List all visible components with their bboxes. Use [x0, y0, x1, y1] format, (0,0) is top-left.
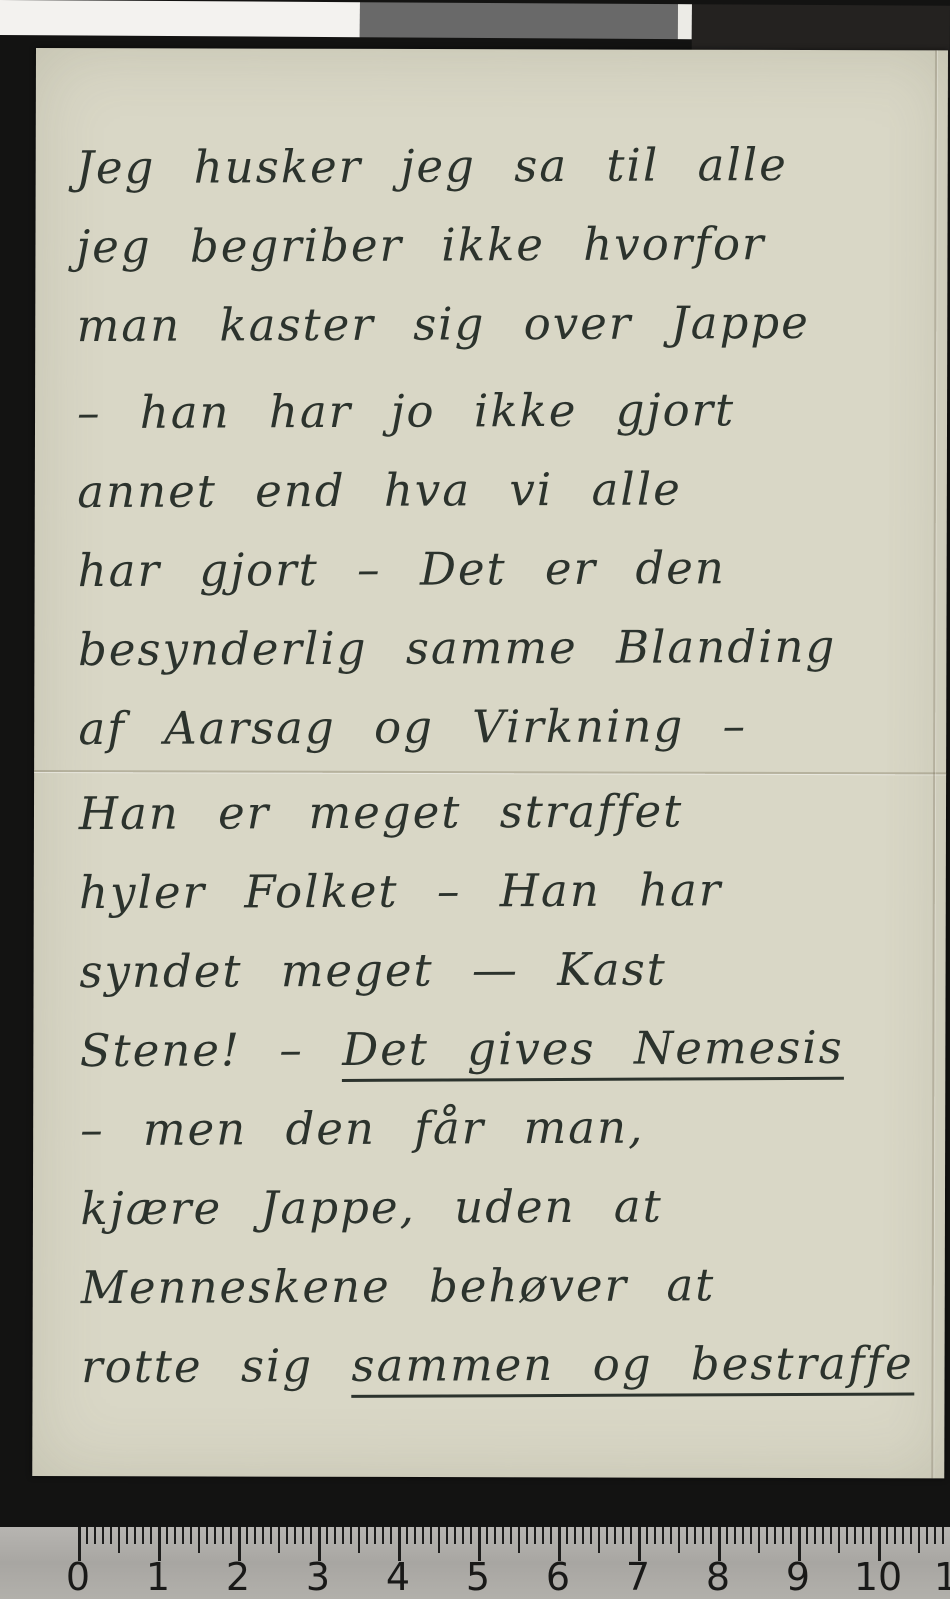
millimeter-tick: [926, 1527, 928, 1544]
handwriting-segment: annet end hva vi alle: [77, 462, 682, 518]
millimeter-tick: [838, 1527, 840, 1553]
millimeter-tick: [806, 1527, 808, 1544]
millimeter-tick: [246, 1527, 248, 1544]
millimeter-tick: [710, 1527, 712, 1544]
millimeter-tick: [310, 1527, 312, 1544]
millimeter-tick: [686, 1527, 688, 1544]
handwriting-segment: rotte sig: [81, 1339, 352, 1393]
millimeter-tick: [910, 1527, 912, 1544]
ruler-number: 8: [706, 1555, 730, 1599]
ruler-number: 4: [386, 1555, 410, 1599]
handwriting-line: – men den får man,: [80, 1090, 942, 1173]
millimeter-tick: [406, 1527, 408, 1544]
handwriting-line: rotte sig sammen og bestraffe: [81, 1327, 943, 1410]
millimeter-tick: [206, 1527, 208, 1544]
millimeter-tick: [438, 1527, 440, 1553]
millimeter-tick: [694, 1527, 696, 1544]
millimeter-tick: [262, 1527, 264, 1544]
calibration-strip: [0, 0, 950, 41]
millimeter-tick: [94, 1527, 96, 1544]
millimeter-tick: [502, 1527, 504, 1544]
handwriting-line: Jeg husker jeg sa til alle: [76, 128, 938, 211]
millimeter-tick: [150, 1527, 152, 1544]
handwriting-segment: hyler Folket – Han har: [79, 863, 722, 919]
handwriting-segment: – men den får man,: [80, 1101, 644, 1156]
millimeter-tick: [526, 1527, 528, 1544]
millimeter-tick: [214, 1527, 216, 1544]
millimeter-tick: [702, 1527, 704, 1544]
ruler-number: 0: [66, 1555, 90, 1599]
millimeter-tick: [190, 1527, 192, 1544]
handwriting-line: Menneskene behøver at: [81, 1248, 943, 1331]
millimeter-tick: [126, 1527, 128, 1544]
millimeter-tick: [470, 1527, 472, 1544]
millimeter-tick: [614, 1527, 616, 1544]
millimeter-tick: [102, 1527, 104, 1544]
millimeter-tick: [566, 1527, 568, 1544]
millimeter-tick: [654, 1527, 656, 1544]
handwritten-text: Jeg husker jeg sa til allejeg begriber i…: [76, 128, 944, 1410]
millimeter-tick: [382, 1527, 384, 1544]
ruler-number: 2: [226, 1555, 250, 1599]
millimeter-tick: [462, 1527, 464, 1544]
millimeter-tick: [486, 1527, 488, 1544]
millimeter-tick: [366, 1527, 368, 1544]
handwriting-line: man kaster sig over Jappe: [76, 286, 938, 369]
millimeter-tick: [574, 1527, 576, 1544]
millimeter-tick: [630, 1527, 632, 1544]
ruler-number: 10: [854, 1555, 902, 1599]
handwriting-segment: Stene! –: [80, 1023, 343, 1077]
millimeter-tick: [518, 1527, 520, 1553]
millimeter-tick: [342, 1527, 344, 1544]
millimeter-tick: [422, 1527, 424, 1544]
handwriting-line: jeg begriber ikke hvorfor: [76, 207, 938, 290]
handwriting-segment: Menneskene behøver at: [81, 1258, 716, 1314]
calibration-patch-white: [0, 0, 360, 37]
millimeter-tick: [854, 1527, 856, 1544]
millimeter-tick: [734, 1527, 736, 1544]
millimeter-tick: [846, 1527, 848, 1544]
millimeter-tick: [414, 1527, 416, 1544]
millimeter-tick: [766, 1527, 768, 1544]
millimeter-tick: [918, 1527, 920, 1553]
millimeter-tick: [582, 1527, 584, 1544]
handwriting-segment: syndet meget — Kast: [79, 943, 667, 999]
underlined-phrase: sammen og bestraffe: [351, 1336, 914, 1397]
calibration-patch-white-sliver: [678, 4, 692, 39]
millimeter-tick: [326, 1527, 328, 1544]
millimeter-tick: [646, 1527, 648, 1544]
handwriting-line: – han har jo ikke gjort: [77, 373, 939, 456]
millimeter-tick: [942, 1527, 944, 1544]
millimeter-tick: [174, 1527, 176, 1544]
calibration-patch-gray: [360, 2, 678, 39]
handwriting-segment: besynderlig samme Blanding: [78, 620, 836, 676]
millimeter-tick: [886, 1527, 888, 1544]
millimeter-tick: [902, 1527, 904, 1544]
ruler: 01234567891011: [0, 1527, 950, 1599]
millimeter-tick: [134, 1527, 136, 1544]
ruler-number: 1: [146, 1555, 170, 1599]
millimeter-tick: [166, 1527, 168, 1544]
millimeter-tick: [350, 1527, 352, 1544]
millimeter-tick: [270, 1527, 272, 1544]
handwriting-segment: har gjort – Det er den: [78, 541, 726, 597]
millimeter-tick: [550, 1527, 552, 1544]
millimeter-tick: [814, 1527, 816, 1544]
millimeter-tick: [534, 1527, 536, 1544]
handwriting-segment: jeg begriber ikke hvorfor: [76, 217, 765, 273]
ruler-number: 3: [306, 1555, 330, 1599]
millimeter-tick: [750, 1527, 752, 1544]
millimeter-tick: [790, 1527, 792, 1544]
millimeter-tick: [862, 1527, 864, 1544]
millimeter-tick: [494, 1527, 496, 1544]
handwriting-line: Stene! – Det gives Nemesis: [80, 1011, 942, 1094]
millimeter-tick: [870, 1527, 872, 1544]
ruler-number: 7: [626, 1555, 650, 1599]
millimeter-tick: [830, 1527, 832, 1544]
millimeter-tick: [230, 1527, 232, 1544]
millimeter-tick: [278, 1527, 280, 1553]
letter-page: Jeg husker jeg sa til allejeg begriber i…: [32, 48, 948, 1478]
handwriting-line: annet end hva vi alle: [77, 452, 939, 535]
millimeter-tick: [334, 1527, 336, 1544]
handwriting-line: Han er meget straffet: [79, 774, 941, 857]
ruler-number: 5: [466, 1555, 490, 1599]
handwriting-segment: man kaster sig over Jappe: [77, 296, 810, 352]
millimeter-tick: [182, 1527, 184, 1544]
millimeter-tick: [294, 1527, 296, 1544]
handwriting-segment: kjære Jappe, uden at: [80, 1180, 663, 1236]
millimeter-tick: [446, 1527, 448, 1544]
millimeter-tick: [758, 1527, 760, 1553]
millimeter-tick: [678, 1527, 680, 1553]
millimeter-tick: [302, 1527, 304, 1544]
handwriting-segment: – han har jo ikke gjort: [77, 383, 735, 439]
millimeter-tick: [726, 1527, 728, 1544]
millimeter-tick: [894, 1527, 896, 1544]
millimeter-tick: [774, 1527, 776, 1544]
millimeter-tick: [118, 1527, 120, 1553]
millimeter-tick: [454, 1527, 456, 1544]
ruler-number: 11: [934, 1555, 950, 1599]
handwriting-line: kjære Jappe, uden at: [80, 1169, 942, 1252]
ruler-number: 9: [786, 1555, 810, 1599]
handwriting-line: har gjort – Det er den: [78, 531, 940, 614]
millimeter-tick: [622, 1527, 624, 1544]
handwriting-line: besynderlig samme Blanding: [78, 610, 940, 693]
millimeter-tick: [598, 1527, 600, 1553]
handwriting-segment: Jeg husker jeg sa til alle: [76, 138, 788, 194]
millimeter-tick: [142, 1527, 144, 1544]
handwriting-line: af Aarsag og Virkning –: [78, 689, 940, 772]
millimeter-tick: [358, 1527, 360, 1553]
handwriting-segment: Han er meget straffet: [79, 784, 684, 840]
millimeter-tick: [934, 1527, 936, 1544]
millimeter-tick: [606, 1527, 608, 1544]
millimeter-tick: [286, 1527, 288, 1544]
millimeter-tick: [590, 1527, 592, 1544]
millimeter-tick: [254, 1527, 256, 1544]
millimeter-tick: [430, 1527, 432, 1544]
millimeter-tick: [742, 1527, 744, 1544]
millimeter-tick: [198, 1527, 200, 1553]
millimeter-tick: [670, 1527, 672, 1544]
handwriting-segment: af Aarsag og Virkning –: [78, 699, 747, 755]
millimeter-tick: [374, 1527, 376, 1544]
underlined-phrase: Det gives Nemesis: [342, 1021, 844, 1082]
millimeter-tick: [822, 1527, 824, 1544]
millimeter-tick: [222, 1527, 224, 1544]
millimeter-tick: [782, 1527, 784, 1544]
handwriting-line: syndet meget — Kast: [79, 932, 941, 1015]
millimeter-tick: [390, 1527, 392, 1544]
ruler-number: 6: [546, 1555, 570, 1599]
millimeter-tick: [542, 1527, 544, 1544]
millimeter-tick: [662, 1527, 664, 1544]
millimeter-tick: [86, 1527, 88, 1544]
millimeter-tick: [510, 1527, 512, 1544]
handwriting-line: hyler Folket – Han har: [79, 853, 941, 936]
millimeter-tick: [110, 1527, 112, 1544]
